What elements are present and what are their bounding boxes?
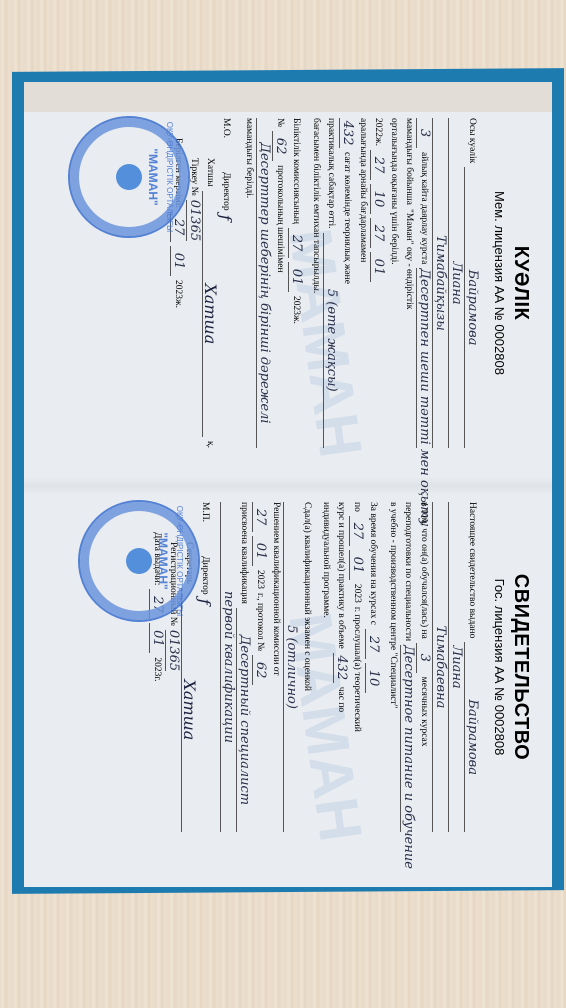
specialty: Десертное питание и обучение bbox=[400, 645, 416, 832]
period-text: За время обучения на курсах с bbox=[365, 502, 380, 625]
first-name: Лиана bbox=[448, 118, 464, 448]
stamp-middle-text: ОҚУ-ӨНДІРІСТІК ОРТАЛЫҒЫ bbox=[175, 502, 184, 620]
city-label: қ. bbox=[202, 441, 217, 448]
director-signature: ƒ bbox=[197, 599, 212, 605]
secretary-signature: Хатша bbox=[202, 191, 218, 437]
intro-label: Осы куәлік bbox=[464, 118, 479, 163]
official-stamp: ОҚУ-ӨНДІРІСТІК ОРТАЛЫҒЫ "МАМАН" bbox=[78, 500, 200, 622]
stamp-emblem-icon bbox=[126, 548, 152, 574]
qualification: Десерттер шеберінің бірінші дәрежелі bbox=[256, 118, 272, 448]
protocol-text: протоколының шешімімен bbox=[272, 165, 287, 273]
commission-year: 2023ж. bbox=[288, 296, 303, 324]
director-signature: ƒ bbox=[218, 215, 233, 221]
period-year: 2023 bbox=[349, 584, 364, 603]
period-prefix: 2022ж. bbox=[370, 118, 385, 146]
period-to-month: 01 bbox=[349, 550, 365, 580]
protocol-label: № bbox=[272, 118, 287, 127]
months-label: айлық кайта даярлау курста bbox=[416, 152, 431, 264]
qualification: Десертный специалист bbox=[236, 608, 252, 832]
license-number: Мем. лицензия АА № 0002808 bbox=[492, 108, 507, 458]
decision-month: 01 bbox=[252, 536, 268, 566]
decision-text: Решением квалификационной комиссии от bbox=[268, 502, 283, 676]
center-suffix: орталығында оқығаны үшін берілді. bbox=[386, 118, 401, 265]
period-from-month: 10 bbox=[365, 663, 381, 693]
issued-month: 01 bbox=[170, 246, 186, 276]
issued-year: 2023ж. bbox=[170, 280, 185, 308]
program-text: индивидуальной программе. bbox=[318, 502, 333, 618]
stamp-name: "МАМАН" bbox=[146, 118, 160, 236]
months-label: месячных курсах bbox=[416, 677, 431, 747]
course-text: в том, что он(а) обучался(лась) на bbox=[416, 502, 431, 639]
assigned-text: присвоена квалификация bbox=[236, 502, 251, 604]
commission-day: 27 bbox=[288, 228, 304, 258]
hours: 432 bbox=[333, 653, 349, 683]
decision-year: 2023 bbox=[252, 570, 267, 589]
official-stamp: ОҚУ-ӨНДІРІСТІК ОРТАЛЫҒЫ "МАМАН" bbox=[68, 116, 190, 238]
surname: Байрамова bbox=[464, 167, 480, 448]
russian-page: МАМАН СВИДЕТЕЛЬСТВО Гос. лицензия АА № 0… bbox=[60, 492, 540, 842]
practice-text: курс и прошел(а) практику в объеме bbox=[333, 502, 348, 649]
protocol-number: 62 bbox=[272, 131, 288, 161]
registration-number: 01365 bbox=[186, 200, 202, 241]
period-from-month: 10 bbox=[370, 184, 386, 214]
listened-text: г. прослушал(а) теоретический bbox=[349, 607, 364, 732]
grade: 5 (өте жақсы) bbox=[323, 233, 339, 448]
months: 3 bbox=[416, 643, 432, 673]
director-label: Директор bbox=[218, 172, 233, 211]
practice-text: практикалық сабақтар өтті. bbox=[323, 118, 338, 229]
first-name: Лиана bbox=[448, 502, 464, 832]
specialty-label: мамандығы бойынша bbox=[401, 118, 416, 205]
stamp-name: "МАМАН" bbox=[156, 502, 170, 620]
commission-month: 01 bbox=[288, 262, 304, 292]
commission-text: Біліктілік комиссиясының bbox=[288, 118, 303, 224]
grade: 5 (отлично) bbox=[283, 502, 299, 832]
stamp-middle-text: ОҚУ-ӨНДІРІСТІК ОРТАЛЫҒЫ bbox=[165, 118, 174, 236]
mp-label: М.П. bbox=[197, 502, 212, 522]
period-from-day: 27 bbox=[370, 150, 386, 180]
specialty-label: переподготовки по специальности bbox=[400, 502, 415, 641]
patronymic: Тимабайқызы bbox=[432, 118, 448, 448]
mp-label: М.О. bbox=[218, 118, 233, 138]
kazakh-page: МАМАН КУӘЛІК Мем. лицензия АА № 0002808 … bbox=[60, 108, 540, 458]
license-number: Гос. лицензия АА № 0002808 bbox=[492, 492, 507, 842]
period-text: аралығында арнайы бағдарламамен bbox=[355, 118, 370, 262]
period-to-prefix: по bbox=[349, 502, 364, 512]
period-from-day: 27 bbox=[365, 629, 381, 659]
qualification-suffix: мамандығы берілді. bbox=[241, 118, 256, 198]
hours: 432 bbox=[339, 118, 355, 148]
secretary-label: Хатшы bbox=[202, 158, 217, 187]
qualification-line-2: первой квалификации bbox=[220, 502, 236, 832]
center-text: в учебно - производственном центре "Спец… bbox=[385, 502, 400, 709]
page-title: КУӘЛІК bbox=[509, 108, 532, 458]
hours-text: сағат көлемінде теориялық және bbox=[339, 152, 354, 284]
period-to-month: 01 bbox=[370, 252, 386, 282]
period-to-day: 27 bbox=[370, 218, 386, 248]
patronymic: Тимабаевна bbox=[432, 502, 448, 832]
months: 3 bbox=[416, 118, 432, 148]
hours-text: час по bbox=[333, 687, 348, 712]
period-to-day: 27 bbox=[349, 516, 365, 546]
issued-month: 01 bbox=[149, 623, 165, 653]
specialty: Десертпен шеши тәтті мен оқыту bbox=[416, 268, 432, 448]
intro-label: Настоящее свидетельство выдано bbox=[464, 502, 479, 638]
stamp-emblem-icon bbox=[116, 164, 142, 190]
issued-year: 2023г. bbox=[149, 657, 164, 681]
protocol-label: г., протокол № bbox=[252, 593, 267, 651]
page-title: СВИДЕТЕЛЬСТВО bbox=[509, 492, 532, 842]
protocol-number: 62 bbox=[252, 655, 268, 685]
surname: Байрамова bbox=[464, 642, 480, 832]
registration-number: 01365 bbox=[165, 630, 181, 671]
decision-day: 27 bbox=[252, 502, 268, 532]
center-name: "Маман" оқу - өндірістік bbox=[401, 209, 416, 309]
grade-text: бағасымен біліктілік емтихан тапсырылды. bbox=[308, 118, 323, 293]
exam-text: Сдал(а) квалификационный экзамен с оценк… bbox=[299, 502, 314, 691]
secretary-signature: Хатша bbox=[181, 588, 197, 832]
